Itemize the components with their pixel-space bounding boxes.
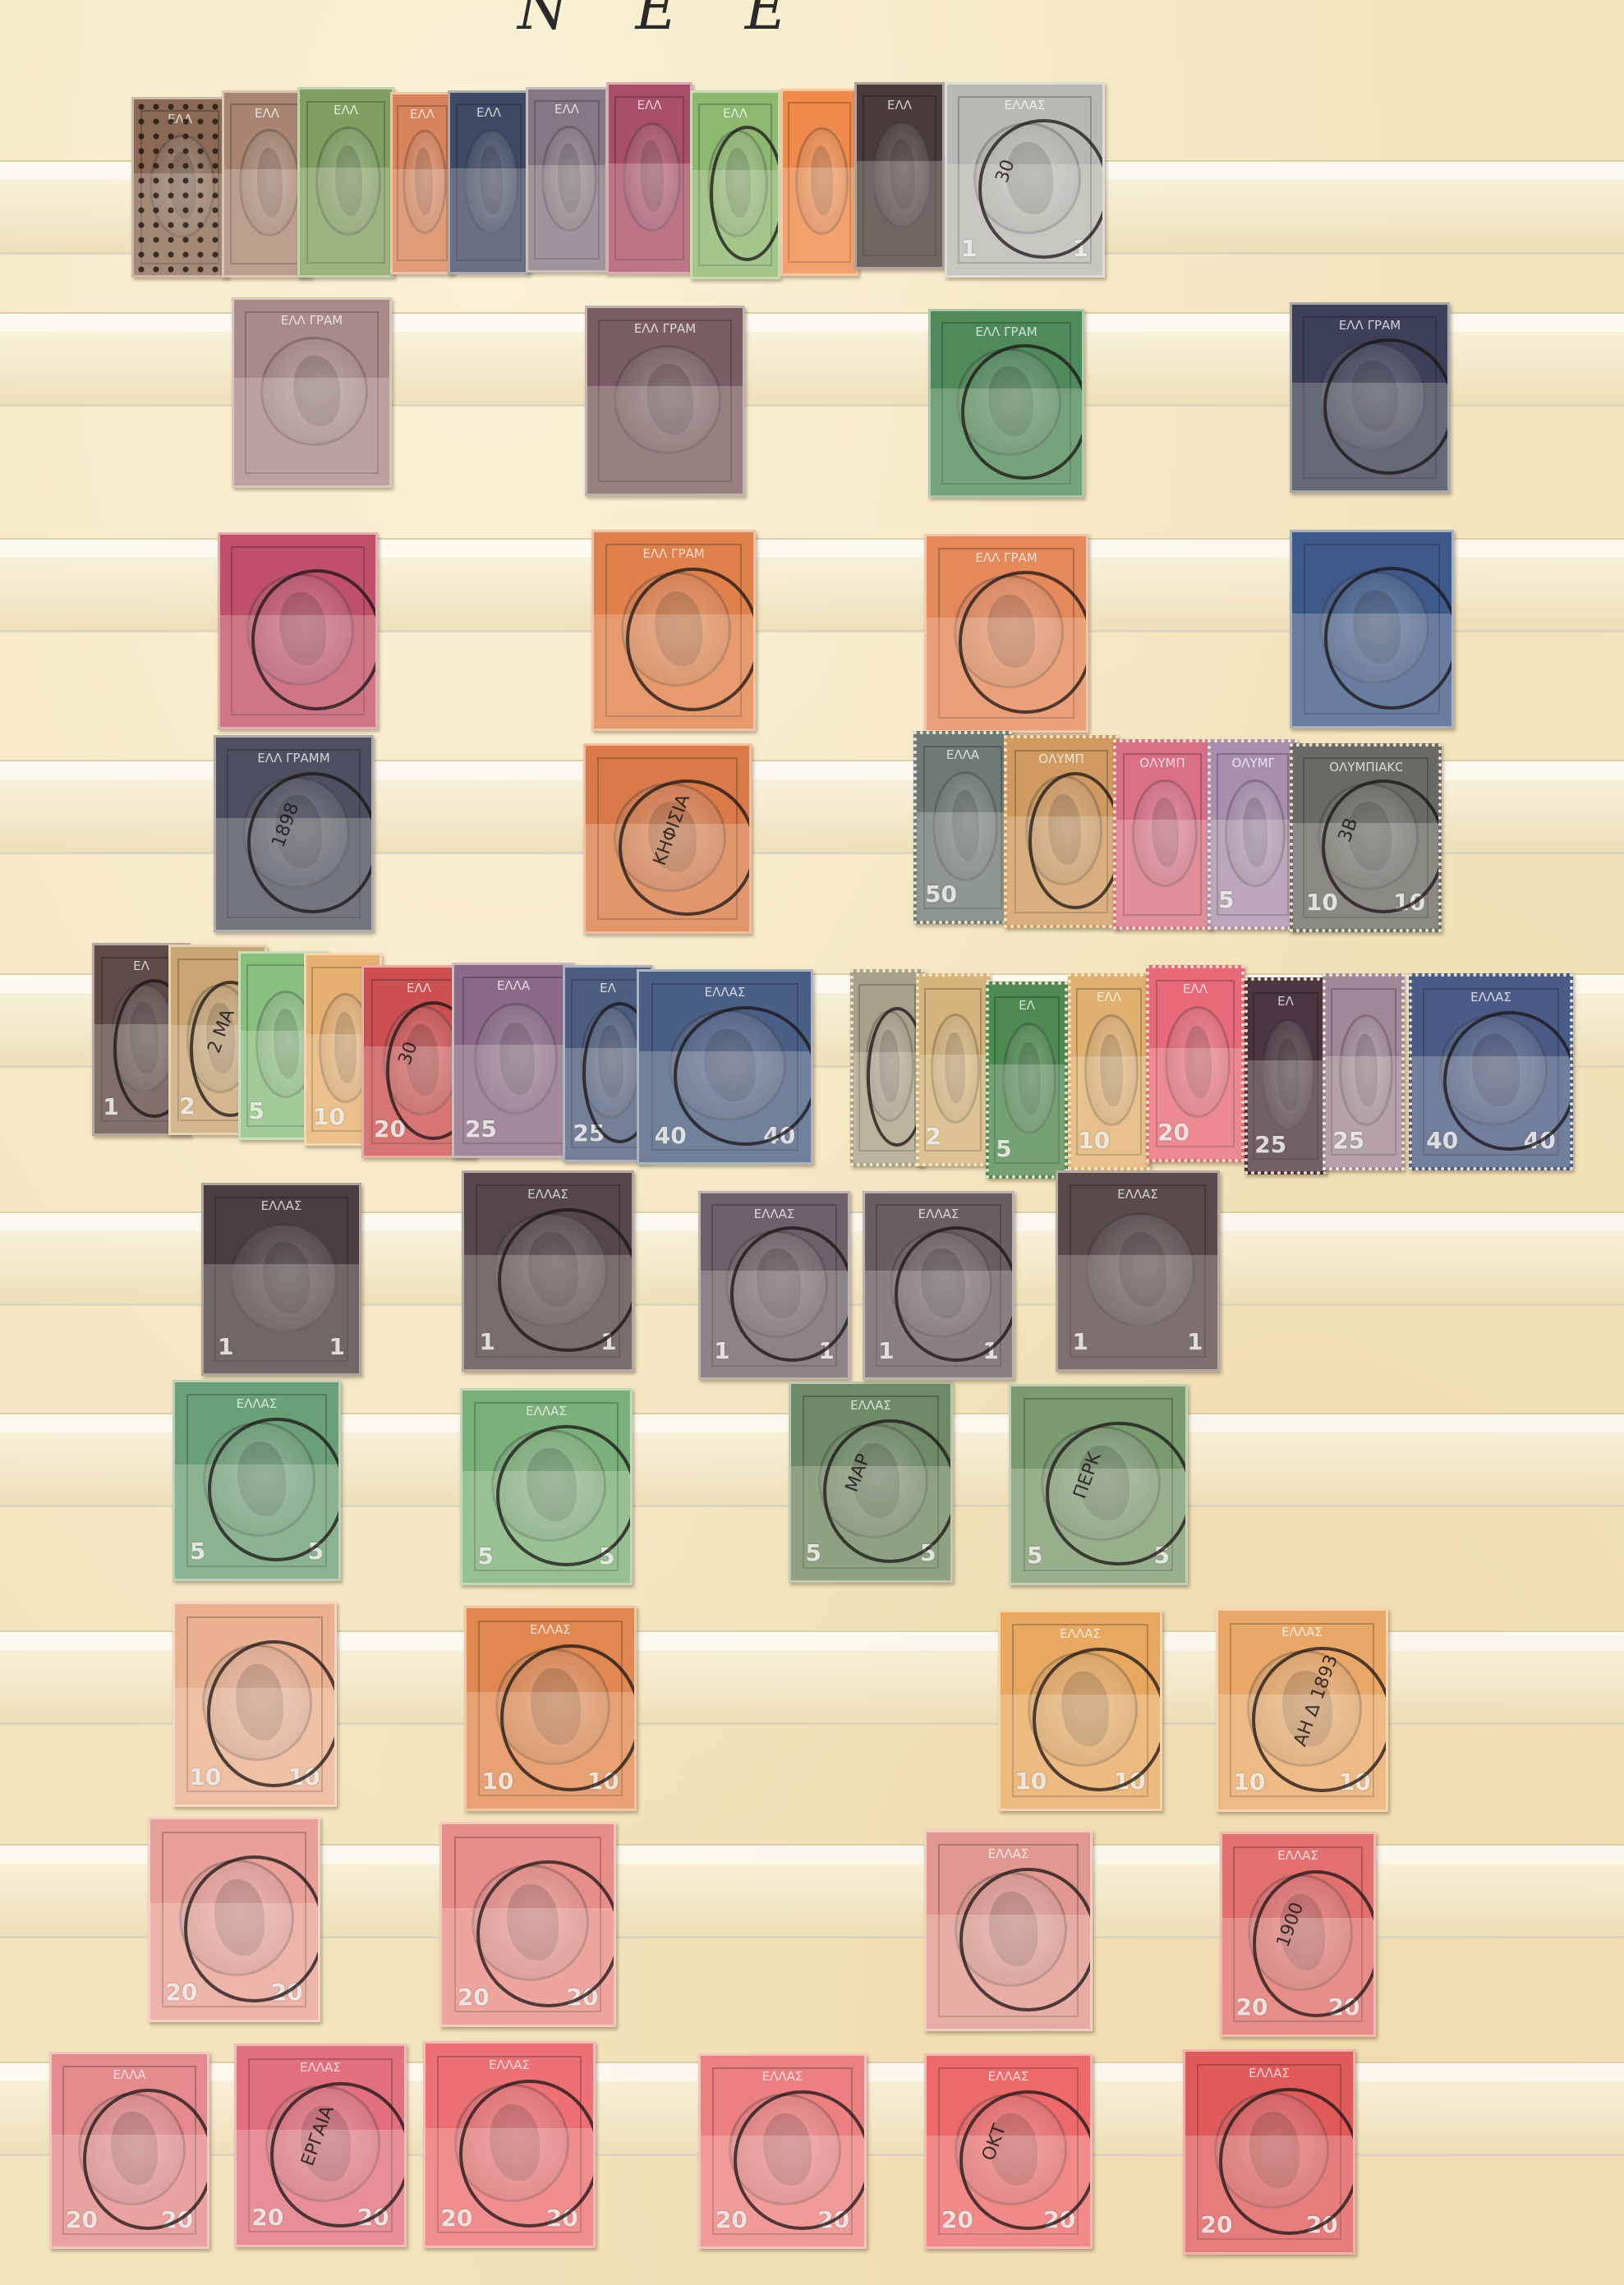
stamp-country-label: ΟΛΥΜΠΙΑΚΟΙ [1329,760,1402,775]
stamp: ΕΛΛ ΓΡΑΜ [924,534,1088,733]
stamp [780,89,858,276]
stamp-country-label: ΕΛΛΑΣ [506,1187,590,1202]
stamp: ΕΛΛ ΓΡΑΜ [928,309,1084,498]
stamp-country-label: ΕΛΛΑΣ [242,1198,320,1213]
stamp: ΕΛΛΑΣ1010 [464,1606,637,1811]
stamp-country-label: ΕΛΛΑΣ [968,1846,1050,1861]
strip-glare [791,1466,950,1580]
stamp-country-label: ΕΛ [1008,998,1046,1013]
strip-glare [393,169,452,272]
strip-glare [927,618,1086,730]
strip-glare [865,1271,1012,1377]
stamp-country-label: ΕΛΛ [1172,982,1218,996]
strip-glare [1412,1056,1570,1167]
stamp-country-label: ΕΛΛ [407,107,437,122]
strip-glare [216,818,371,930]
stamp: ΕΛΛ ΓΡΑΜ [585,306,745,496]
stamp: ΕΛΛΑΣ2020 [698,2053,867,2249]
strip-glare [1185,2136,1353,2252]
stamp-country-label: ΕΛΛΑΣ [467,2057,551,2072]
strip-glare [442,1908,614,2025]
strip-glare [52,2135,207,2246]
stamp: ΕΛΛΑΣ11 [863,1191,1014,1380]
strip-glare [1248,1060,1323,1171]
stamp-country-label: ΕΛΛΑΣ [1260,1848,1336,1863]
stamp: ΕΛΛΑΣ2020 [423,2041,596,2248]
strip-glare [467,1692,634,1809]
stamp: 2 [916,973,990,1166]
stamp: ΕΛΛΑΣ55ΜΑΡ [789,1382,953,1583]
stamp-country-label: ΕΛΛ ΓΡΑΜ [626,321,704,336]
stamp-country-label: ΕΛΛΑΣ [986,98,1064,113]
strip-glare [204,1264,359,1373]
stamp: ΕΛΛΑΣ2020 [1183,2049,1355,2255]
stamp: ΕΛΛ ΓΡΑΜ [591,530,756,731]
stamp: ΕΛΛ [690,90,780,279]
strip-glare [1326,1056,1401,1167]
stamp-country-label: ΕΛΛΑΣ [968,2069,1050,2084]
stamp-country-label: ΕΛΛΑΣ [738,1207,812,1221]
stamp-country-label: ΕΛΛ [629,98,670,113]
strip-glare [1011,1469,1185,1583]
stamp-country-label: ΕΛΛ ΓΡΑΜ [273,313,351,328]
stamp: ΕΛΛΑΣ1010 [998,1610,1162,1811]
stamp: ΕΛΛΑ2020 [49,2052,209,2249]
stamp-country-label: ΕΛΛΑΣ [1041,1626,1120,1641]
strip-glare [639,1051,811,1162]
strip-glare [853,1052,921,1163]
stamp-country-label: ΕΛΛΑΣ [742,2069,824,2084]
stamp-country-label: ΟΛΥΜΠ [1139,756,1185,770]
stamp: ΟΛΥΜΠ [1004,735,1119,928]
strip-glare [701,2136,864,2246]
stamp-country-label: ΕΛΛ [392,981,447,995]
strip-glare [150,1903,318,2020]
strip-glare [234,378,389,485]
stamp: ΕΛΛ [131,97,228,278]
strip-glare [1116,820,1208,926]
stamp-country-label: ΕΛΛΑΣ [1098,1187,1178,1202]
stamp-country-label: ΕΛΛΑΣ [1260,1625,1344,1639]
stamp-country-label: ΕΛΛ [878,98,921,113]
stamp-country-label: ΕΛ [118,959,165,973]
stamp: ΕΛΛ ΓΡΑΜ [232,297,392,488]
stamp: ΕΛΛ [297,87,394,278]
stamp: ΕΛΛ ΓΡΑΜ [1290,302,1450,493]
strip-glare [1292,383,1447,490]
strip-glare [528,165,605,270]
stamp-country-label: ΕΛΛΑΣ [1227,2066,1311,2080]
stamp: 55ΠΕΡΚ [1009,1384,1188,1585]
stamp-country-label: ΕΛΛ ΓΡΑΜ [968,324,1044,339]
stamp: ΕΛΛ [854,82,945,269]
strip-glare [919,1055,987,1163]
stamp: ΕΛΛΑΣ4040 [637,969,813,1165]
stamp: 1010 [173,1602,337,1807]
stamp: ΕΛΛ [448,90,530,274]
stamp: ΕΛΛΑΣ11 [201,1183,361,1376]
stamp: ΕΛΛΑΣ55 [460,1388,633,1585]
stamp: ΕΛΛΑΣ4040 [1409,973,1573,1170]
strip-glare [1222,1918,1373,2034]
stamp-country-label: ΟΛΥΜΠ [1232,756,1274,770]
stamp: ΕΛΛ [390,92,454,274]
stamp-country-label: ΕΛΛ ΓΡΑΜΜ [255,751,333,765]
stamp-country-label: ΕΛΛ [470,105,508,120]
stamp-country-label: ΕΛΛ [1090,990,1128,1005]
stamp: ΕΛΛ [526,87,608,273]
stamp: ΕΛΛ10 [1068,973,1150,1170]
stamp: ΕΛΛΑΣ [924,1830,1093,2031]
stamp: ΕΛΛΑ25 [452,963,575,1158]
strip-glare [701,1271,848,1377]
strip-glare [462,1471,630,1583]
strip-glare [1211,820,1295,926]
stamp: ΕΛΛΑΣ1010ΑΗ Δ 1893 [1216,1608,1388,1812]
stamp: ΕΛΛΑ50 [913,731,1012,924]
stamp-country-label: ΕΛΛΑΣ [216,1396,298,1411]
strip-glare [464,1255,632,1369]
stamp: ΕΛΛ [606,82,692,274]
stamp-country-label: ΕΛΛ [548,102,587,117]
stamp: ΕΛΛΑΣ55 [173,1380,341,1581]
stamp-country-label: ΕΛΛΑΣ [682,985,768,1000]
stamp-country-label: ΕΛΛ [246,106,288,121]
strip-glare [450,168,527,272]
strip-glare [609,163,690,272]
stamp-country-label: ΟΛΥΜΠ [1034,752,1088,766]
stamp: 2020 [148,1817,320,2022]
strip-glare [1293,823,1438,929]
strip-glare [692,170,778,277]
stamp: ΕΛΛ ΓΡΑΜΜ1898 [214,735,374,932]
strip-glare [927,2136,1090,2246]
stamp-country-label: ΕΛΛΑ [90,2067,168,2082]
stamp [218,532,378,729]
stamp-country-label: ΕΛΛ ΓΡΑΜ [634,546,714,561]
strip-glare [1001,1694,1160,1809]
strip-glare [1058,1255,1217,1369]
strip-glare [426,2128,593,2246]
stamp-country-label: ΕΛΛΑΣ [278,2060,362,2075]
strip-glare [175,1688,334,1805]
strip-glare [454,1045,573,1156]
stamp: ΕΛΛΑΣ2020ΕΡΓΑΙΑ [234,2044,407,2247]
stamp: ΟΛΥΜΠΙΑΚΟΙ10103B [1290,743,1442,932]
strip-glare [917,812,1009,921]
stamp-country-label: ΕΛΛΑΣ [508,1622,592,1637]
stamp-country-label: ΕΛΛ [323,103,369,117]
stamp: ΕΛΛΑΣ1130 [945,82,1105,278]
stamp [1290,530,1454,729]
stamp: ΕΛΛΑΣ11 [1056,1170,1220,1372]
strip-glare [927,1915,1090,2029]
strip-glare [1071,1056,1147,1167]
strip-glare [857,161,942,267]
stamp-country-label: ΕΛΛ ΓΡΑΜ [967,550,1047,565]
strip-glare [587,386,743,494]
stamp-country-label: ΕΛ [587,981,629,995]
strip-glare [989,1064,1065,1175]
stamp: ΕΛ5 [986,982,1068,1179]
stamp-country-label: ΕΛΛΑ [940,747,986,762]
stamp: ΕΛΛ20 [1146,965,1244,1162]
strip-glare [1149,1048,1241,1159]
strip-glare [175,1464,338,1579]
stamp: ΕΛ25 [1244,977,1327,1175]
stamp-country-label: ΕΛ [1267,994,1304,1009]
strip-glare [931,388,1082,495]
strip-glare [783,168,856,274]
handwritten-header: Ν Ε Ε [518,0,812,43]
strip-glare [220,615,375,727]
stamp: ΟΛΥΜΠ5 [1208,739,1298,930]
strip-glare [1007,816,1116,925]
strip-glare [594,614,753,729]
stamp: ΟΛΥΜΠ [1113,739,1212,930]
stamp-country-label: ΕΛΛΑΣ [831,1398,911,1413]
stamp-country-label: ΕΛΛΑΣ [902,1207,976,1221]
stamp-country-label: ΕΛΛΑ [484,978,543,993]
stockbook-page: Ν Ε Ε ΕΛΛΕΛΛΕΛΛΕΛΛΕΛΛΕΛΛΕΛΛΕΛΛΕΛΛΕΛΛΑΣ11… [0,0,1624,2285]
dotted-numeral-cancel [134,99,226,275]
stamp: 25 [1323,973,1405,1170]
stamp-country-label: ΕΛΛΑΣ [504,1404,588,1418]
strip-glare [300,168,392,275]
stamp-country-label: ΕΛΛ ΓΡΑΜ [1331,318,1409,333]
stamp: ΕΛΛΑΣ11 [462,1170,634,1372]
stamp-country-label: ΕΛΛ [714,106,757,121]
stamp: ΕΛΛΑΣ11 [698,1191,850,1380]
strip-glare [1292,614,1451,726]
stamp: ΕΛΛΑΣ20201900 [1220,1832,1376,2037]
stamp: 2020 [439,1822,616,2027]
stamp [850,969,924,1166]
stamp: ΕΛΛΑΣ2020ΟΚΤ [924,2053,1093,2249]
stamp: ΚΗΦΙΣΙΑ [583,743,752,934]
stamp-country-label: ΕΛΛΑΣ [1451,990,1530,1005]
strip-glare [947,164,1102,275]
